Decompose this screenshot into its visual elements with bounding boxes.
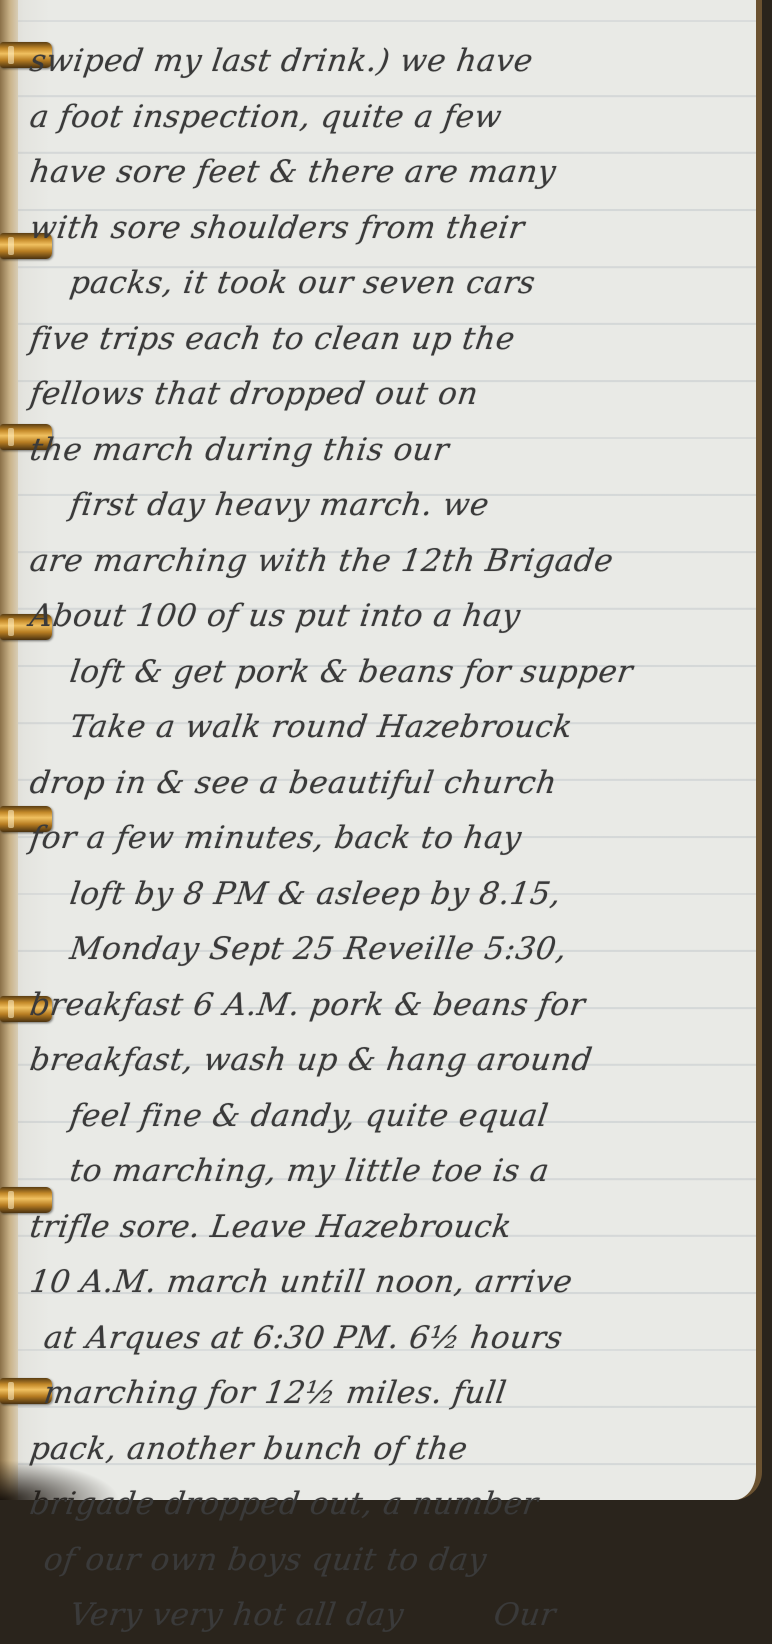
page-corner-shadow	[0, 1460, 120, 1500]
diary-line: loft & get pork & beans for supper	[26, 645, 754, 701]
diary-line: drop in & see a beautiful church	[26, 756, 754, 812]
diary-line: 10 A.M. march untill noon, arrive	[26, 1255, 754, 1311]
diary-line: to marching, my little toe is a	[26, 1144, 754, 1200]
diary-line: breakfast 6 A.M. pork & beans for	[26, 978, 754, 1034]
notebook-page: swiped my last drink.) we have a foot in…	[0, 0, 762, 1500]
diary-line: brigade dropped out, a number	[26, 1477, 754, 1500]
diary-line: are marching with the 12th Brigade	[26, 534, 754, 590]
diary-line: swiped my last drink.) we have	[26, 34, 754, 90]
diary-line: five trips each to clean up the	[26, 312, 754, 368]
diary-line: the march during this our	[26, 423, 754, 479]
diary-line: About 100 of us put into a hay	[26, 589, 754, 645]
diary-line: feel fine & dandy, quite equal	[26, 1089, 754, 1145]
diary-line: breakfast, wash up & hang around	[26, 1033, 754, 1089]
handwritten-diary-text: swiped my last drink.) we have a foot in…	[30, 34, 750, 1500]
diary-line: a foot inspection, quite a few	[26, 90, 754, 146]
diary-line: pack, another bunch of the	[26, 1422, 754, 1478]
notebook-spine	[0, 0, 18, 1500]
diary-line: for a few minutes, back to hay	[26, 811, 754, 867]
diary-line: first day heavy march. we	[26, 478, 754, 534]
diary-line: marching for 12½ miles. full	[26, 1366, 754, 1422]
diary-line: packs, it took our seven cars	[26, 256, 754, 312]
diary-line: have sore feet & there are many	[26, 145, 754, 201]
diary-line: trifle sore. Leave Hazebrouck	[26, 1200, 754, 1256]
diary-line: Take a walk round Hazebrouck	[26, 700, 754, 756]
diary-date-line: Monday Sept 25 Reveille 5:30,	[26, 922, 754, 978]
diary-line: fellows that dropped out on	[26, 367, 754, 423]
diary-line: loft by 8 PM & asleep by 8.15,	[26, 867, 754, 923]
diary-line: at Arques at 6:30 PM. 6½ hours	[26, 1311, 754, 1367]
diary-line: with sore shoulders from their	[26, 201, 754, 257]
